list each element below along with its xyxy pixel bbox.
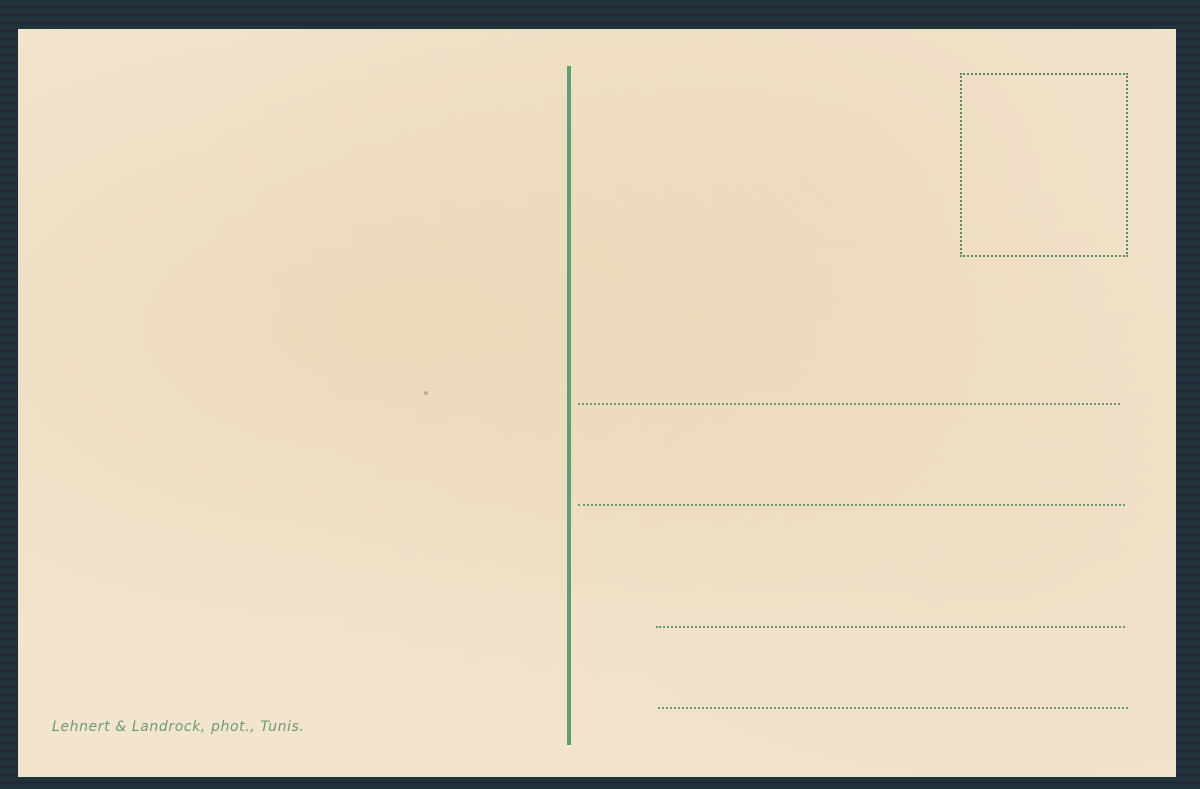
publisher-credit: Lehnert & Landrock, phot., Tunis. — [52, 719, 305, 735]
address-line-2 — [578, 504, 1125, 506]
address-line-1 — [578, 403, 1120, 405]
stamp-placement-box — [960, 73, 1128, 257]
address-line-4 — [658, 707, 1128, 709]
address-line-3 — [656, 626, 1125, 628]
postcard-back: Lehnert & Landrock, phot., Tunis. — [18, 29, 1176, 777]
paper-speck — [424, 391, 428, 395]
center-divider-line — [567, 66, 571, 745]
